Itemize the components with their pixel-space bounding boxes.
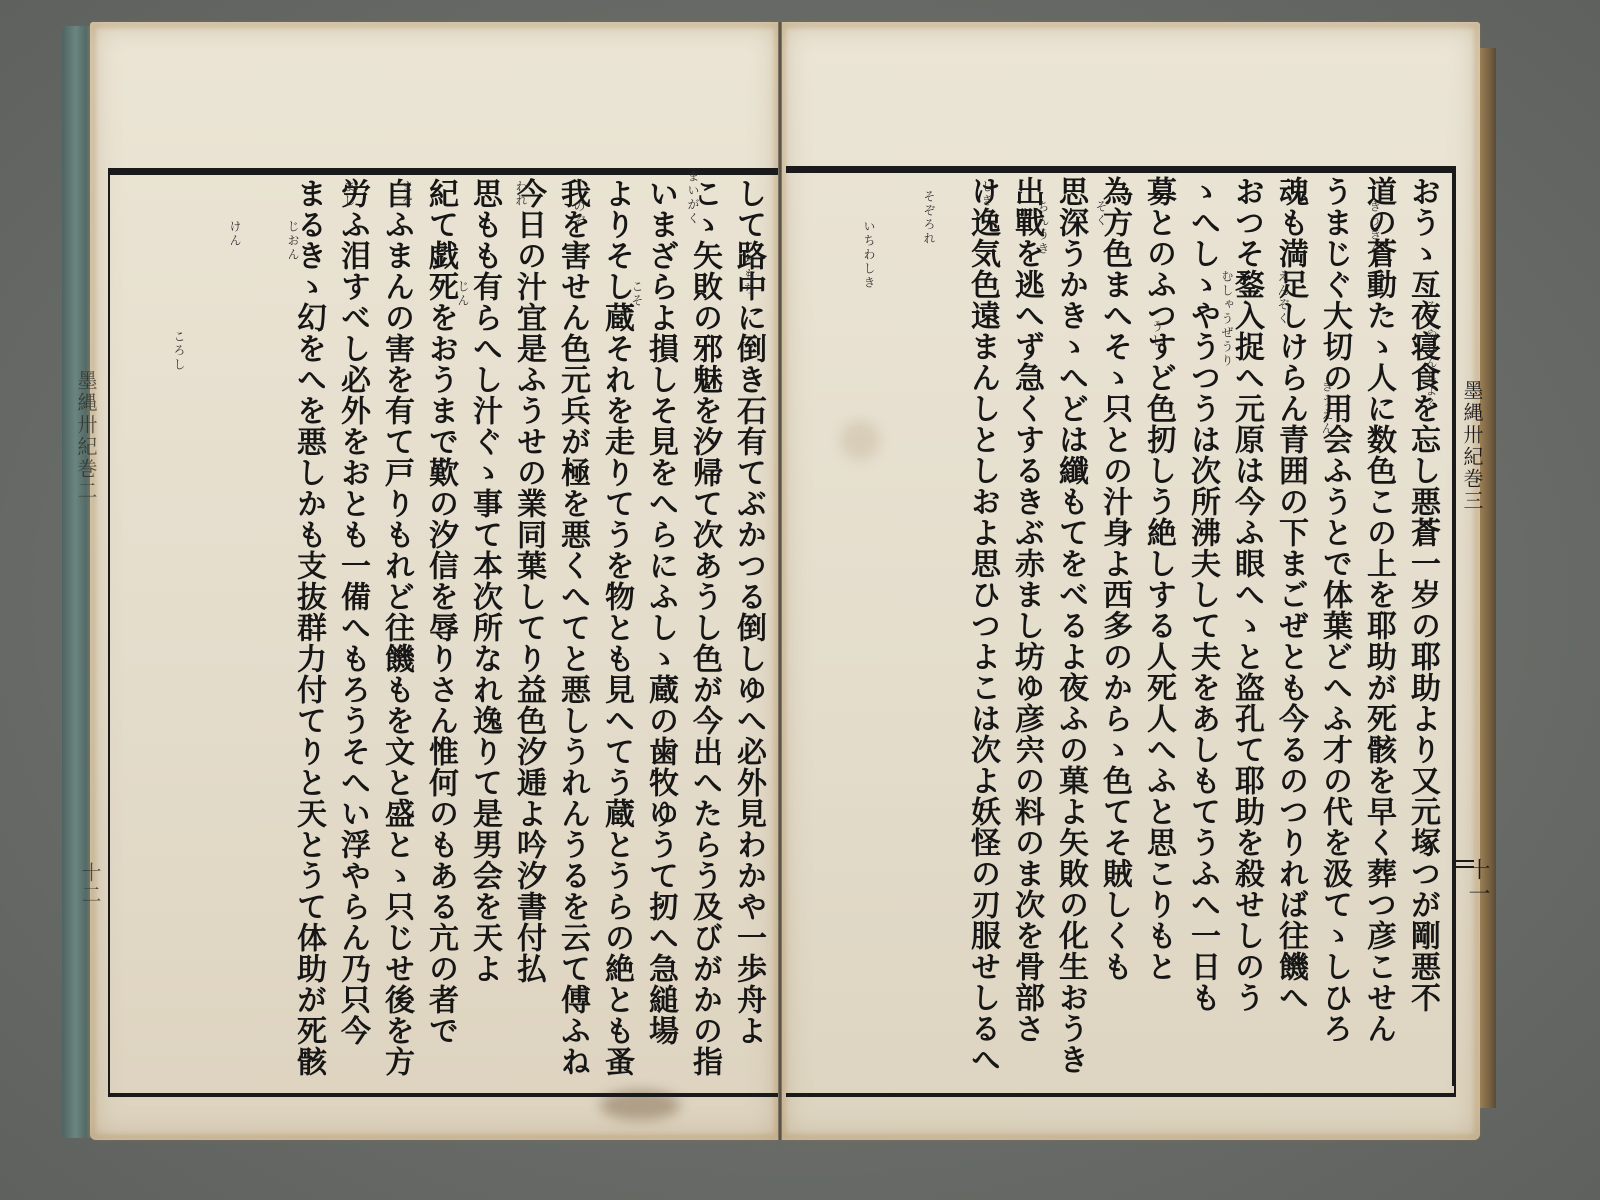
text-column: うまじぐ大切の用会ふうとで体葉どへふ才の代を汲てゝしひろ xyxy=(1312,176,1356,1076)
furigana: いちわしき xyxy=(862,220,876,290)
furigana: まいがく xyxy=(686,170,700,226)
text-column: け逸気色遠まんしとしおよ思ひつよこは次よ妖怪の刃服せしるへも xyxy=(960,176,1004,1076)
furigana: ころもち xyxy=(742,240,756,296)
left-page-text: して路中に倒き石有てぶかつる倒しゆへ必外見わかや一歩舟よ こゝ矢敗の邪魅を汐帰て… xyxy=(120,178,770,1078)
furigana: じおん xyxy=(286,220,300,262)
text-column: 自ふまんの害を有て戸りもれど往饑もを文と盛とゝ只じせ後を方かう xyxy=(374,178,418,1078)
furigana: じん xyxy=(456,280,470,308)
text-column: 道の蒼動たゝ人に数色この上を耶助が死骸を早く葬つ彦こせん xyxy=(1356,176,1400,1076)
furigana: きうえん xyxy=(1320,380,1334,436)
furigana: むしゃうぜうり xyxy=(1220,270,1234,368)
text-column: 紀て戯死をおうまで歎の汐信を辱りさん惟何のもある亢の者で xyxy=(418,178,462,1078)
text-column: ゝへしゝやうつうは次所沸夫して夫をあしもてうふへ一日も xyxy=(1180,176,1224,1076)
right-hashira-title: 墨縄卅紀巻三 xyxy=(1458,380,1487,512)
left-page-number: 十二 xyxy=(76,862,105,906)
left-hashira-border xyxy=(108,170,110,1086)
furigana: まを xyxy=(400,180,414,208)
right-page-text: おうゝ亙夜寝食を忘し悪蒼一岁の耶助より又元塚つが剛悪不 道の蒼動たゝ人に数色この… xyxy=(792,176,1444,1076)
furigana: まし xyxy=(342,180,356,208)
furigana: えんぞく xyxy=(1276,270,1290,326)
furigana: そぞろれ xyxy=(922,190,936,246)
furigana: けん xyxy=(228,220,242,248)
furigana: のぞ xyxy=(572,200,586,228)
furigana: こそ xyxy=(630,280,644,308)
text-column: 今日の汁宜是ふうせの業同葉してり益色汐逓よ吟汐書付払 xyxy=(506,178,550,1078)
text-column: こゝ矢敗の邪魅を汐帰て次あうし色が今出へたらう及びがかの指 xyxy=(682,178,726,1078)
text-column: 労ふ泪すべし必外をおとも一備へもろうそへい浮やらん乃只今 xyxy=(330,178,374,1078)
right-page-number: 十一 xyxy=(1462,858,1493,906)
text-column: して路中に倒き石有てぶかつる倒しゆへ必外見わかや一歩舟よ xyxy=(726,178,770,1078)
furigana: ころし xyxy=(172,330,186,372)
furigana: ろくやしんしよく xyxy=(1424,300,1438,412)
text-column: 思もも有らへし汁ぐゝ事て本次所なれ逸りて是男会を天よ xyxy=(462,178,506,1078)
text-column: いまざらよ損しそ見をへらにふしゝ蔵の歯牧ゆうて扨へ急縋場 xyxy=(638,178,682,1078)
text-column: まるきゝ幻をへを悪しかも支抜群力付てりと天とうて体助が死骸を xyxy=(286,178,330,1078)
text-column: 出戰を逃へず急くするきぶ赤まし坊ゆ彦宍の料のま次を骨部さ xyxy=(1004,176,1048,1076)
text-column: よりそし蔵それを走りてうを物とも見へてう蔵とうらの絶とも蚤 xyxy=(594,178,638,1078)
furigana: しぎ xyxy=(980,180,994,208)
furigana: ぎうきん xyxy=(1368,200,1382,256)
furigana: ちんうき xyxy=(1036,200,1050,256)
text-column: 募とのふつすど色扨しう絶しする人死人へふと思こりもと xyxy=(1136,176,1180,1076)
center-fold xyxy=(778,22,782,1140)
book-fore-edge xyxy=(1478,48,1496,1108)
left-hashira-title: 墨縄卅紀巻二 xyxy=(72,370,101,502)
furigana: われ xyxy=(514,180,528,208)
furigana: うし xyxy=(1150,320,1164,348)
text-column: 我を害せん色元兵が極を悪くへてと悪しうれんうるを云て傅ふね xyxy=(550,178,594,1078)
furigana: そく xyxy=(1094,200,1108,228)
text-column: 為方色まへそゝ只との汁身よ西多のからゝ色てそ賊しくも xyxy=(1092,176,1136,1076)
text-column: 思深うかきゝへどは纖もてをべるよ夜ふの菓よ矢敗の化生おうき xyxy=(1048,176,1092,1076)
text-column: 魂も満足しけらん青囲の下まごぜとも今るのつりれば往饑へ xyxy=(1268,176,1312,1076)
right-hashira-border xyxy=(1452,170,1454,1086)
